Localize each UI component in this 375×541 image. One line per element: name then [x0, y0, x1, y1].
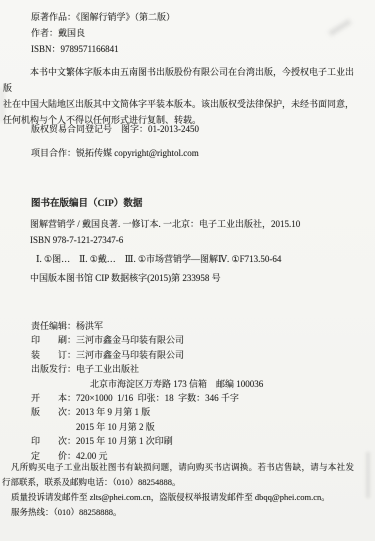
cip-heading: 图书在版编目（CIP）数据 — [31, 195, 142, 209]
row-label: 开 本： — [31, 391, 76, 405]
service-line: 行部联系，联系及邮购电话：（010）88254888。 — [2, 475, 354, 490]
scan-smudge — [328, 19, 351, 36]
row-publisher: 出版发行：电子工业出版社 — [31, 362, 263, 376]
service-line: 凡所购买电子工业出版社图书有缺损问题，请向购买书店调换。若书店售缺，请与本社发 — [2, 460, 354, 475]
copyright-registration-line: 版权贸易合同登记号 图字：01-2013-2450 — [31, 121, 199, 137]
row-editor: 责任编辑：杨洪军 — [31, 319, 263, 333]
original-isbn-line: ISBN：9789571166841 — [31, 41, 175, 57]
service-line: 质量投诉请发邮件至 zlts@phei.com.cn，盗版侵权举报请发邮件至 d… — [2, 490, 354, 505]
row-binder: 装 订：三河市鑫金马印装有限公司 — [31, 348, 263, 362]
cip-block: 图解营销学 / 戴国良著. 一修订本. 一北京：电子工业出版社，2015.10 … — [30, 216, 300, 286]
row-value: 720×1000 1/16 印张：18 字数：346 千字 — [76, 393, 239, 403]
cip-record-line: 图解营销学 / 戴国良著. 一修订本. 一北京：电子工业出版社，2015.10 — [30, 216, 300, 232]
row-value: 三河市鑫金马印装有限公司 — [76, 350, 184, 360]
row-value: 三河市鑫金马印装有限公司 — [76, 335, 184, 345]
project-partner: 项目合作：锐拓传媒 copyright@rightol.com — [31, 145, 199, 161]
original-author-line: 作者：戴国良 — [31, 25, 175, 41]
row-impression: 印 次：2015 年 10 月第 1 次印刷 — [31, 434, 263, 448]
cip-classification-line: Ⅰ. ①图… Ⅱ. ①戴… Ⅲ. ①市场营销学—图解Ⅳ. ①F713.50-64 — [30, 251, 300, 267]
row-value: 2015 年 10 月第 1 次印刷 — [76, 436, 173, 446]
license-line: 本书中文繁体字版本由五南图书出版股份有限公司在台湾出版，今授权电子工业出版 — [3, 64, 354, 96]
publication-info-block: 责任编辑：杨洪军 印 刷：三河市鑫金马印装有限公司 装 订：三河市鑫金马印装有限… — [31, 319, 263, 463]
scan-smudge — [366, 452, 370, 498]
row-label: 装 订： — [31, 348, 76, 362]
project-cooperation-line: 项目合作：锐拓传媒 copyright@rightol.com — [31, 145, 199, 161]
copyright-page: 原著作品：《图解行销学》（第二版） 作者：戴国良 ISBN：9789571166… — [0, 0, 375, 541]
row-printer: 印 刷：三河市鑫金马印装有限公司 — [31, 333, 263, 347]
license-line: 社在中国大陆地区出版其中文简体字平装本版本。该出版权受法律保护，未经书面同意， — [3, 96, 354, 112]
row-publisher-address: 北京市海淀区万寿路 173 信箱 邮编 100036 — [31, 377, 263, 391]
service-paragraph: 凡所购买电子工业出版社图书有缺损问题，请向购买书店调换。若书店售缺，请与本社发 … — [2, 460, 354, 520]
row-label: 印 刷： — [31, 333, 76, 347]
row-value: 杨洪军 — [76, 321, 103, 331]
cip-registry-line: 中国版本图书馆 CIP 数据核字(2015)第 233958 号 — [30, 270, 300, 286]
row-value: 2013 年 9 月第 1 版 — [76, 407, 150, 417]
row-label: 印 次： — [31, 434, 76, 448]
cip-isbn-line: ISBN 978-7-121-27347-6 — [30, 232, 300, 248]
row-value: 2015 年 10 月第 2 版 — [76, 422, 155, 432]
row-value: 电子工业出版社 — [76, 364, 139, 374]
row-edition-2: 2015 年 10 月第 2 版 — [31, 420, 263, 434]
row-label: 责任编辑： — [31, 319, 76, 333]
original-title-line: 原著作品：《图解行销学》（第二版） — [31, 9, 175, 25]
registration-number: 版权贸易合同登记号 图字：01-2013-2450 — [31, 121, 199, 137]
row-label: 版 次： — [31, 405, 76, 419]
row-label: 出版发行： — [31, 362, 76, 376]
row-edition: 版 次：2013 年 9 月第 1 版 — [31, 405, 263, 419]
row-value: 北京市海淀区万寿路 173 信箱 邮编 100036 — [76, 379, 263, 389]
service-line: 服务热线：（010）88258888。 — [2, 505, 354, 520]
original-work-block: 原著作品：《图解行销学》（第二版） 作者：戴国良 ISBN：9789571166… — [31, 9, 175, 58]
row-format: 开 本：720×1000 1/16 印张：18 字数：346 千字 — [31, 391, 263, 405]
license-paragraph: 本书中文繁体字版本由五南图书出版股份有限公司在台湾出版，今授权电子工业出版 社在… — [3, 64, 354, 128]
